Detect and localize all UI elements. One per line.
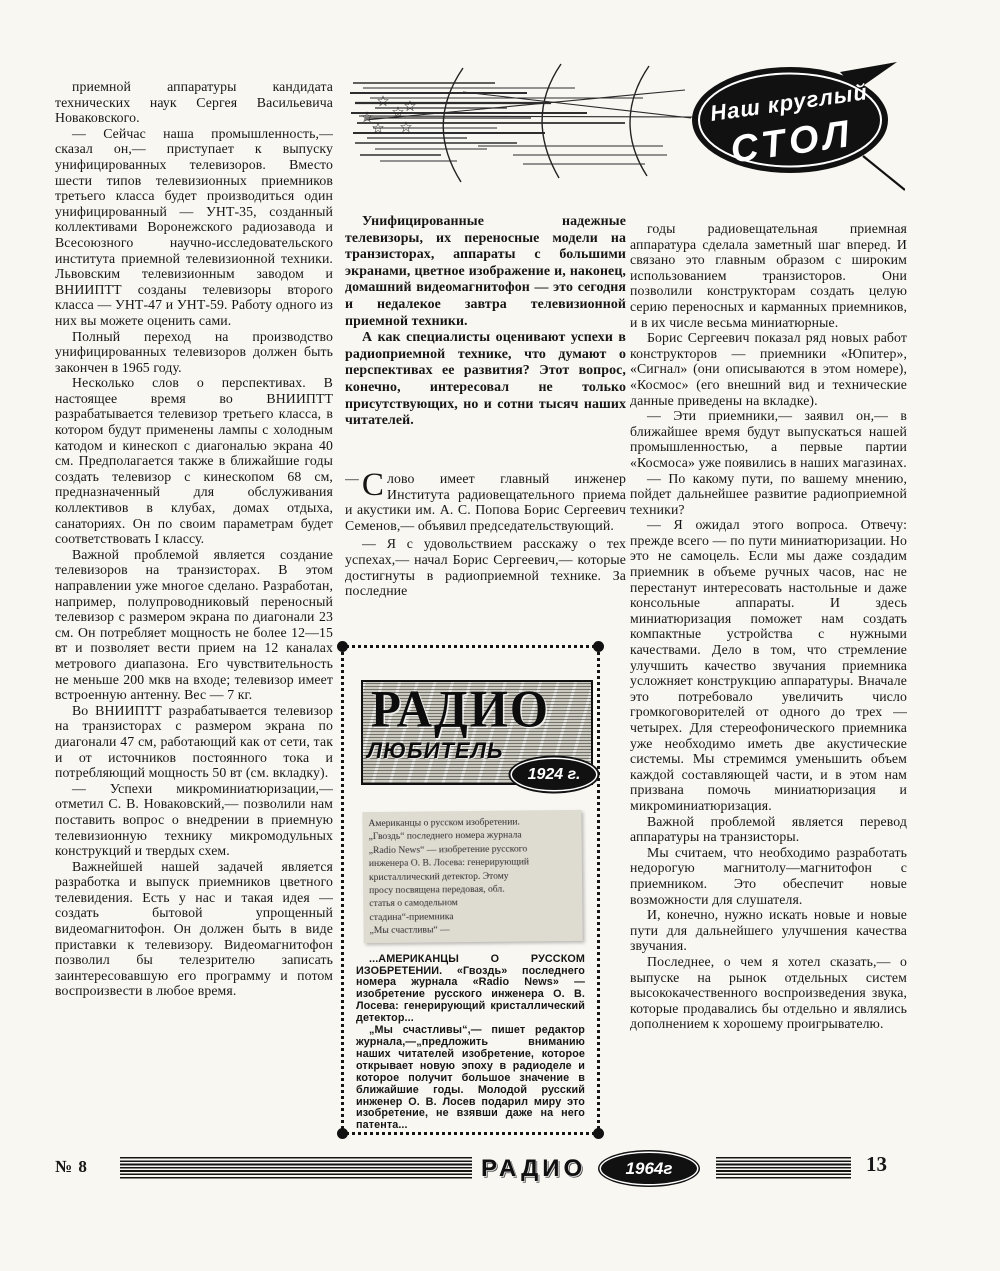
radioliubitel-inset-box: РАДИО ЛЮБИТЕЛЬ 1924 г. Американцы о русс… — [341, 645, 600, 1135]
svg-text:☆: ☆ — [403, 97, 416, 115]
roundtable-oval: Наш круглый СТОЛ — [692, 62, 905, 190]
radioliubitel-subtitle: ЛЮБИТЕЛЬ — [367, 738, 504, 764]
middle-column-interview: —Слово имеет главный инженер Института р… — [345, 468, 626, 650]
paragraph: — Успехи микроминиатюризации,— отметил С… — [55, 781, 333, 859]
comet-trail — [350, 83, 643, 161]
paragraph: Последнее, о чем я хотел сказать,— о вып… — [630, 954, 907, 1032]
drop-cap: С — [362, 471, 384, 500]
footer-rule-right — [716, 1157, 851, 1180]
paragraph-text: лово имеет главный инженер Института рад… — [345, 471, 626, 533]
footer-rule-left — [120, 1157, 472, 1180]
year-1924-badge: 1924 г. — [512, 759, 596, 790]
newspaper-clipping: Американцы о русском изобретении.„Гвоздь… — [362, 810, 582, 943]
paragraph: приемной аппаратуры кандидата технически… — [55, 79, 333, 126]
paragraph: Борис Сергеевич показал ряд новых работ … — [630, 330, 907, 408]
year-1964-badge: 1964г — [601, 1153, 697, 1184]
lead-paragraph: Унифицированные надежные телевизоры, их … — [345, 214, 626, 330]
paragraph: годы радиовещательная приемная аппаратур… — [630, 221, 907, 330]
paragraph: — Я ожидал этого вопроса. Отвечу: прежде… — [630, 517, 907, 813]
paragraph: Мы считаем, что необходимо разработать н… — [630, 845, 907, 907]
paragraph: — Эти приемники,— заявил он,— в ближайше… — [630, 408, 907, 470]
lead-paragraph: А как специалисты оценивают успехи в рад… — [345, 330, 626, 430]
issue-number: № 8 — [55, 1157, 88, 1177]
svg-text:☆: ☆ — [399, 118, 412, 136]
svg-text:☆: ☆ — [376, 92, 389, 110]
paragraph: — Я с удовольствием расскажу о тех успех… — [345, 536, 626, 598]
clipping-line: „Мы счастливы“ — — [369, 922, 576, 938]
paragraph: И, конечно, нужно искать новые и новые п… — [630, 907, 907, 954]
radioliubitel-1924-cover: РАДИО ЛЮБИТЕЛЬ 1924 г. — [361, 680, 593, 785]
corner-dot — [593, 1128, 604, 1139]
dialogue-dash: — — [345, 471, 359, 487]
paragraph: — По какому пути, по вашему мнению, пойд… — [630, 471, 907, 518]
paragraph: Важнейшей нашей задачей является разрабо… — [55, 859, 333, 999]
corner-dot — [337, 1128, 348, 1139]
corner-dot — [593, 641, 604, 652]
caption-paragraph: ...АМЕРИКАНЦЫ О РУССКОМ ИЗОБРЕТЕНИИ. «Гв… — [356, 954, 585, 1025]
paragraph: Несколько слов о перспективах. В настоящ… — [55, 375, 333, 547]
dropcap-paragraph: —Слово имеет главный инженер Института р… — [345, 471, 626, 533]
paragraph: — Сейчас наша промышленность,— сказал он… — [55, 126, 333, 329]
left-column: приемной аппаратуры кандидата технически… — [55, 79, 333, 1145]
star-icons: ☆ ☆ ☆ ☆ ☆ ☆ — [360, 92, 416, 137]
interview-paragraphs: — Я с удовольствием расскажу о тех успех… — [345, 536, 626, 598]
paragraph: Важной проблемой является перевод аппара… — [630, 814, 907, 845]
radio-magazine-logo: РАДИО — [481, 1155, 586, 1183]
paragraph: Полный переход на производство унифициро… — [55, 329, 333, 376]
middle-column-lead: Унифицированные надежные телевизоры, их … — [345, 214, 626, 466]
corner-dot — [337, 641, 348, 652]
svg-text:☆: ☆ — [371, 119, 384, 137]
page-number: 13 — [866, 1152, 887, 1177]
magazine-page: ☆ ☆ ☆ ☆ ☆ ☆ Наш круглый СТОЛ — [0, 0, 1000, 1271]
inset-caption: ...АМЕРИКАНЦЫ О РУССКОМ ИЗОБРЕТЕНИИ. «Гв… — [356, 954, 585, 1133]
radioliubitel-title: РАДИО — [371, 682, 591, 735]
roundtable-banner: ☆ ☆ ☆ ☆ ☆ ☆ Наш круглый СТОЛ — [345, 56, 905, 198]
right-column: годы радиовещательная приемная аппаратур… — [630, 221, 907, 1131]
paragraph: Во ВНИИПТТ разрабатывается телевизор на … — [55, 703, 333, 781]
paragraph: Важной проблемой является создание телев… — [55, 547, 333, 703]
caption-paragraph: „Мы счастливы“,— пишет редактор журнала,… — [356, 1025, 585, 1132]
